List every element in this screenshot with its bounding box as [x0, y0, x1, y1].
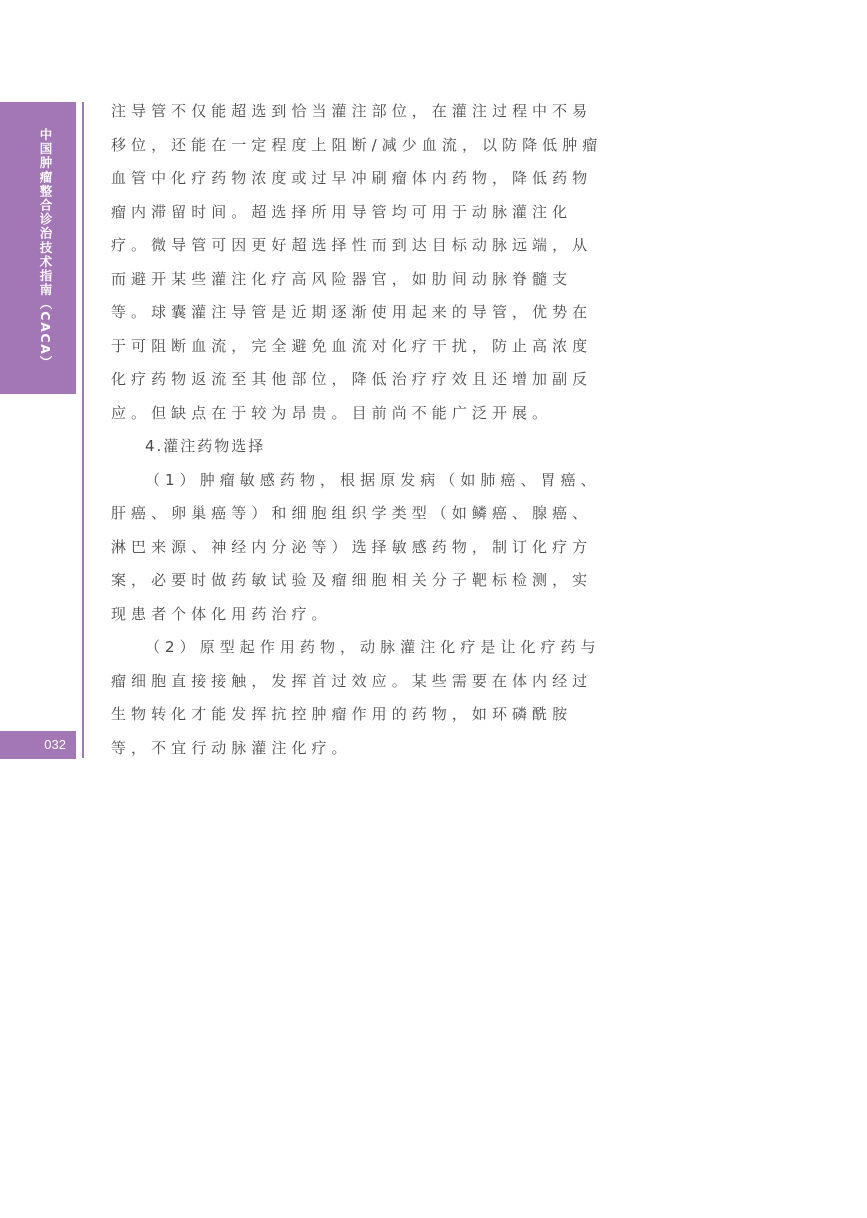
- paragraph-sensitive-drugs: （1）肿瘤敏感药物，根据原发病（如肺癌、胃癌、 肝癌、卵巢癌等）和细胞组织学类型…: [111, 464, 521, 632]
- text-line: 于可阻断血流，完全避免血流对化疗干扰，防止高浓度: [111, 330, 521, 364]
- text-line: 移位，还能在一定程度上阻断/减少血流，以防降低肿瘤: [111, 129, 521, 163]
- text-line: 现患者个体化用药治疗。: [111, 598, 521, 632]
- text-line: 案，必要时做药敏试验及瘤细胞相关分子靶标检测，实: [111, 564, 521, 598]
- section-heading-drug-selection: 4.灌注药物选择: [111, 430, 521, 464]
- text-line: 血管中化疗药物浓度或过早冲刷瘤体内药物，降低药物: [111, 162, 521, 196]
- paragraph-prototype-drugs: （2）原型起作用药物，动脉灌注化疗是让化疗药与 瘤细胞直接接触，发挥首过效应。某…: [111, 631, 521, 765]
- book-title-vertical: 中国肿瘤整合诊治技术指南（CACA）: [38, 128, 52, 370]
- heading-text: 4.灌注药物选择: [111, 430, 521, 464]
- text-line: 等，不宜行动脉灌注化疗。: [111, 732, 521, 766]
- paragraph-catheter-continuation: 注导管不仅能超选到恰当灌注部位，在灌注过程中不易 移位，还能在一定程度上阻断/减…: [111, 95, 521, 430]
- text-line: 肝癌、卵巢癌等）和细胞组织学类型（如鳞癌、腺癌、: [111, 497, 521, 531]
- text-line: 淋巴来源、神经内分泌等）选择敏感药物，制订化疗方: [111, 531, 521, 565]
- text-line: 瘤内滞留时间。超选择所用导管均可用于动脉灌注化: [111, 196, 521, 230]
- margin-divider: [82, 102, 84, 758]
- text-line: 等。球囊灌注导管是近期逐渐使用起来的导管，优势在: [111, 296, 521, 330]
- text-line: 注导管不仅能超选到恰当灌注部位，在灌注过程中不易: [111, 95, 521, 129]
- text-line: 而避开某些灌注化疗高风险器官，如肋间动脉脊髓支: [111, 263, 521, 297]
- text-line: 应。但缺点在于较为昂贵。目前尚不能广泛开展。: [111, 397, 521, 431]
- text-line: （1）肿瘤敏感药物，根据原发病（如肺癌、胃癌、: [111, 464, 521, 498]
- page-number: 032: [0, 731, 76, 759]
- text-line: 瘤细胞直接接触，发挥首过效应。某些需要在体内经过: [111, 665, 521, 699]
- text-line: 疗。微导管可因更好超选择性而到达目标动脉远端，从: [111, 229, 521, 263]
- body-text: 注导管不仅能超选到恰当灌注部位，在灌注过程中不易 移位，还能在一定程度上阻断/减…: [111, 95, 521, 765]
- text-line: 生物转化才能发挥抗控肿瘤作用的药物，如环磷酰胺: [111, 698, 521, 732]
- text-line: （2）原型起作用药物，动脉灌注化疗是让化疗药与: [111, 631, 521, 665]
- text-line: 化疗药物返流至其他部位，降低治疗疗效且还增加副反: [111, 363, 521, 397]
